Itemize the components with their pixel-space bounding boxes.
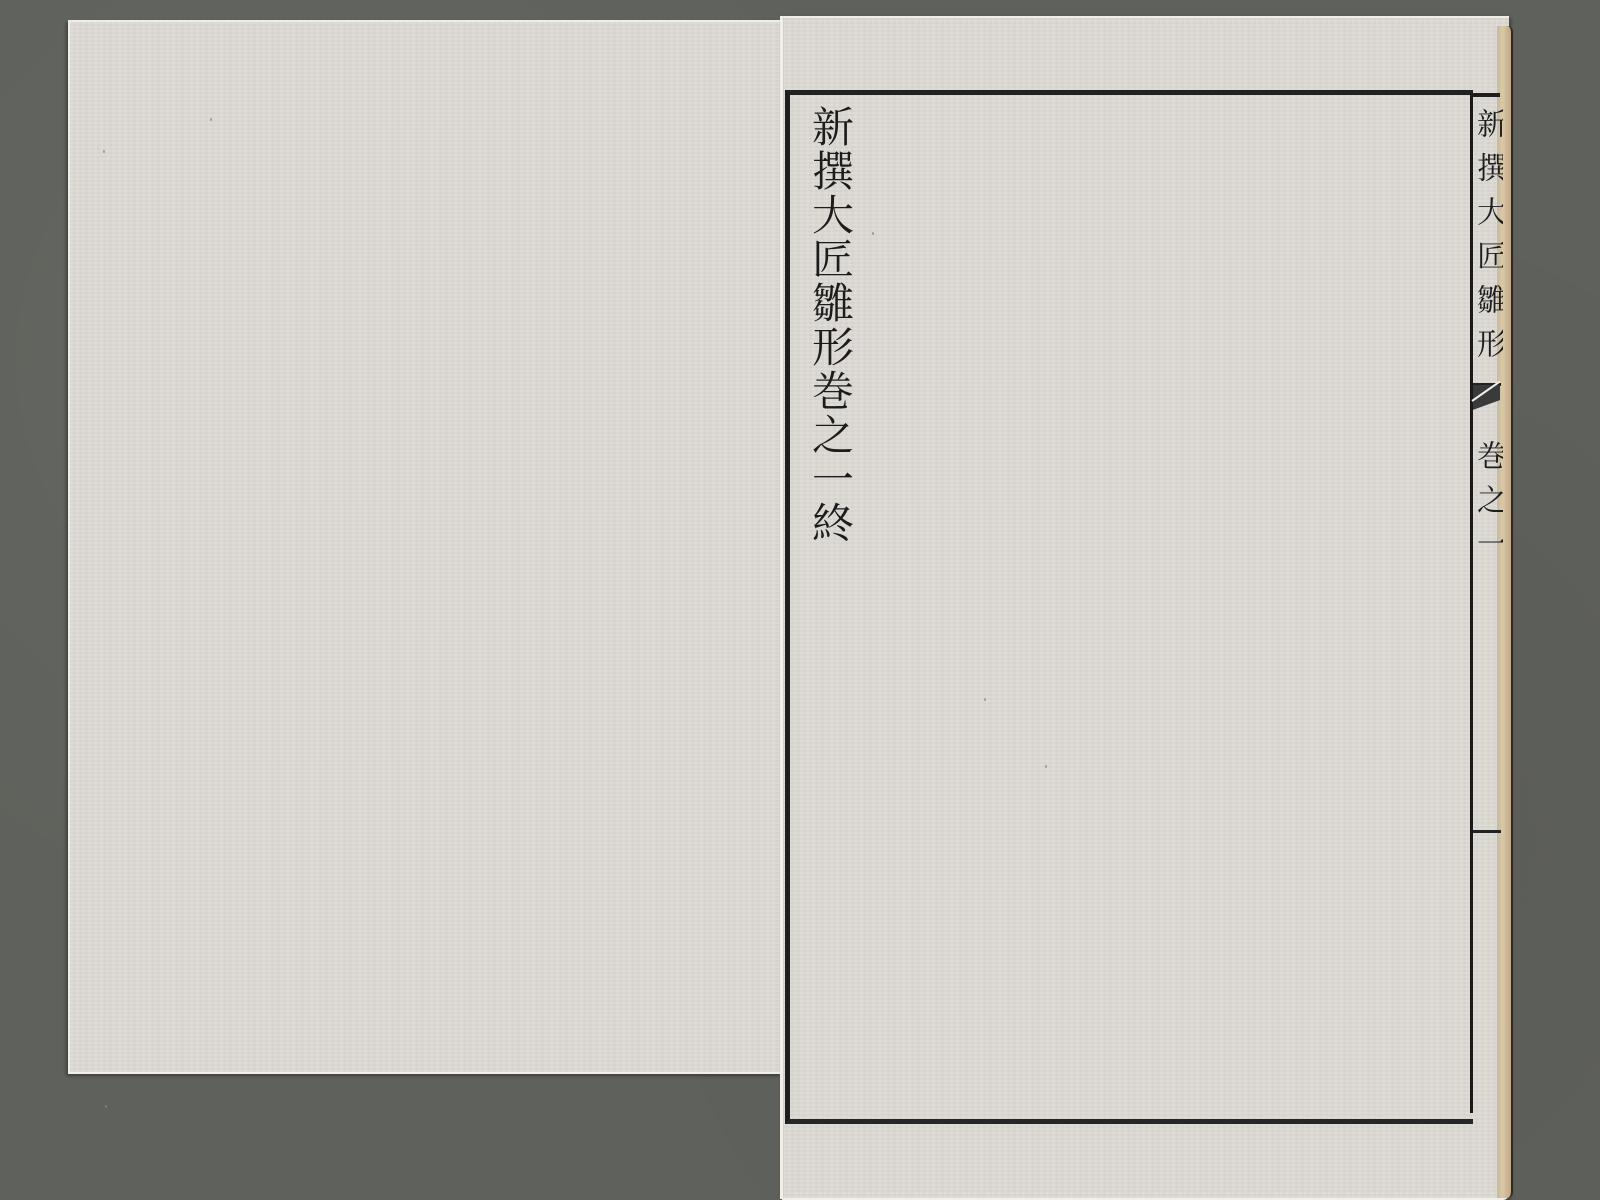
paper-speck — [1045, 765, 1047, 768]
hanshin-title: 新撰大匠雛形 — [1473, 108, 1503, 378]
hanshin-volume: 巻之一 — [1473, 440, 1503, 600]
paper-speck — [872, 232, 874, 235]
paper-speck — [984, 698, 986, 701]
left-page-blank — [68, 20, 782, 1074]
hanshin-divider-bottom — [1473, 830, 1501, 833]
colophon-end-of-volume-text: 新撰大匠雛形巻之一終 — [800, 105, 860, 545]
printed-frame — [785, 90, 1473, 1124]
paper-speck — [210, 118, 212, 121]
paper-speck — [105, 1105, 107, 1108]
frame-top-right — [1470, 93, 1500, 97]
paper-speck — [103, 150, 105, 153]
book-gutter — [780, 16, 783, 1199]
